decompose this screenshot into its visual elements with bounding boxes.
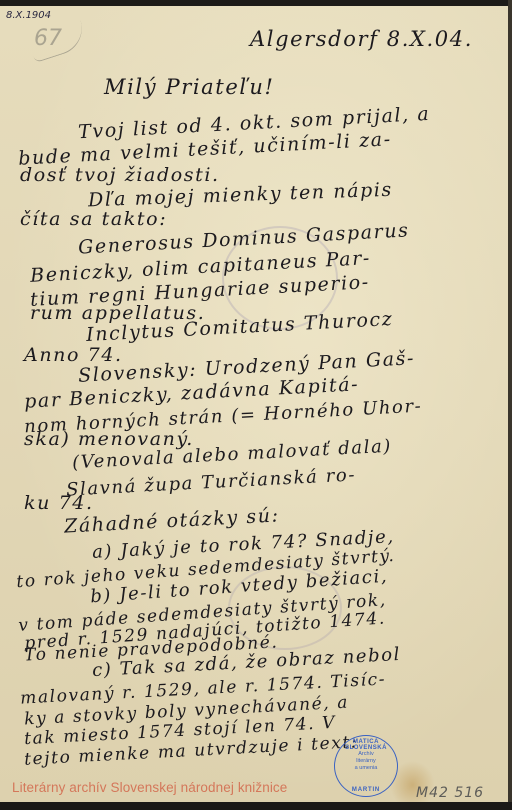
- letter-line: ku 74.: [24, 492, 94, 514]
- letter-line: číta sa takto:: [20, 208, 167, 230]
- scan-border-right: [508, 0, 512, 810]
- stamp-ring-bottom: MARTIN: [335, 787, 397, 793]
- stamp-center-line: a umenia: [335, 765, 397, 772]
- letter-line: Záhadné otázky sú:: [64, 504, 281, 537]
- archive-date-note: 8.X.1904: [6, 10, 51, 21]
- stamp-center: Archív literárny a umenia: [335, 751, 397, 772]
- letter-line: dosť tvoj žiadosti.: [20, 164, 220, 186]
- stamp-center-line: Archív: [335, 751, 397, 758]
- archive-watermark: Literárny archív Slovenskej národnej kni…: [12, 780, 287, 795]
- shelf-mark: M42 516: [416, 785, 484, 801]
- scan-border-bottom: [0, 802, 512, 810]
- letter-salutation: Milý Priateľu!: [104, 76, 275, 98]
- letter-place-date: Algersdorf 8.X.04.: [250, 28, 473, 50]
- letter-page: 8.X.1904 67 Algersdorf 8.X.04. Milý Pria…: [0, 6, 508, 802]
- stamp-ring-top: MATICA SLOVENSKÁ: [335, 739, 397, 751]
- stamp-center-line: literárny: [335, 758, 397, 765]
- archive-stamp: MATICA SLOVENSKÁ Archív literárny a umen…: [334, 735, 398, 797]
